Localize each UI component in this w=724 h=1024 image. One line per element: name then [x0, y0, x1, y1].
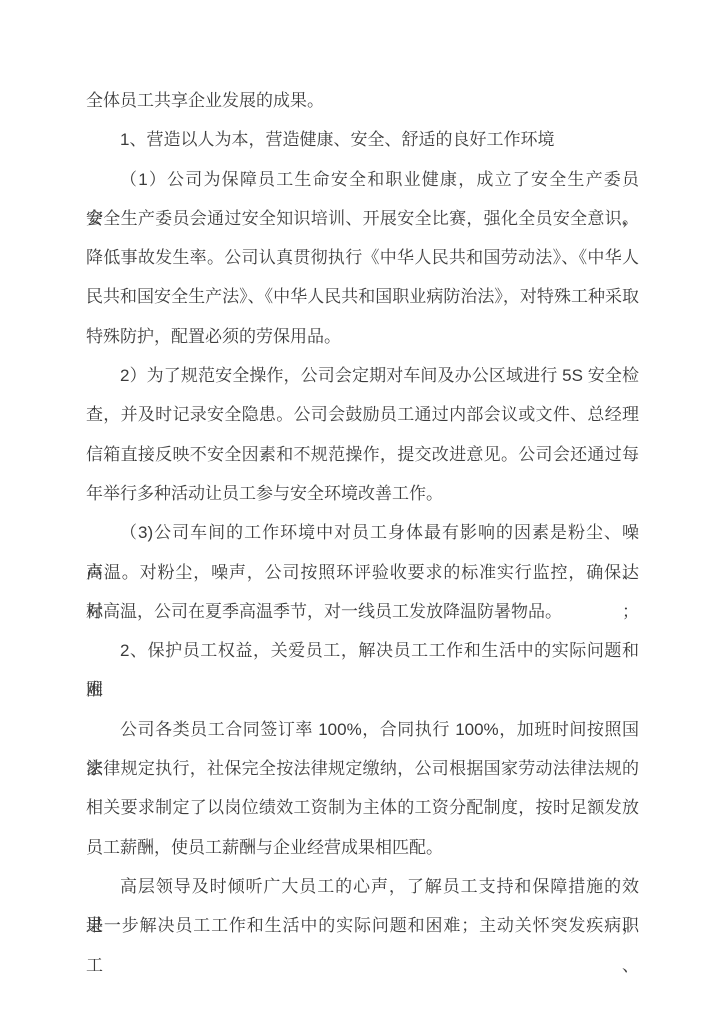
text-line: 员工薪酬，使员工薪酬与企业经营成果相匹配。: [86, 828, 639, 867]
text-line: （3)公司车间的工作环境中对员工身体最有影响的因素是粉尘、噪声、: [86, 513, 639, 552]
text-line: 难: [86, 670, 639, 709]
text-line: （1）公司为保障员工生命安全和职业健康，成立了安全生产委员会。: [86, 160, 639, 199]
text-line: 进一步解决员工工作和生活中的实际问题和困难；主动关怀突发疾病职工、: [86, 906, 639, 945]
text-line: 信箱直接反映不安全因素和不规范操作，提交改进意见。公司会还通过每: [86, 435, 639, 474]
text-line: 2、保护员工权益，关爱员工，解决员工工作和生活中的实际问题和困: [86, 631, 639, 670]
text-line: 特殊防护，配置必须的劳保用品。: [86, 317, 639, 356]
text-line: 相关要求制定了以岗位绩效工资制为主体的工资分配制度，按时足额发放: [86, 788, 639, 827]
document-page: 全体员工共享企业发展的成果。 1、营造以人为本，营造健康、安全、舒适的良好工作环…: [0, 0, 724, 1024]
text-line: 降低事故发生率。公司认真贯彻执行《中华人民共和国劳动法》、《中华人: [86, 238, 639, 277]
text-line: 民共和国安全生产法》、《中华人民共和国职业病防治法》，对特殊工种采取: [86, 277, 639, 316]
text-line: 高层领导及时倾听广大员工的心声，了解员工支持和保障措施的效果，: [86, 867, 639, 906]
text-line: 全体员工共享企业发展的成果。: [86, 81, 639, 120]
text-line: 查，并及时记录安全隐患。公司会鼓励员工通过内部会议或文件、总经理: [86, 395, 639, 434]
text-line: 2）为了规范安全操作，公司会定期对车间及办公区域进行 5S 安全检: [86, 356, 639, 395]
text-line: 高温。对粉尘，噪声，公司按照环评验收要求的标准实行监控，确保达标；: [86, 553, 639, 592]
text-line: 公司各类员工合同签订率 100%，合同执行 100%，加班时间按照国家: [86, 710, 639, 749]
text-line: 年举行多种活动让员工参与安全环境改善工作。: [86, 474, 639, 513]
text-line: 安全生产委员会通过安全知识培训、开展安全比赛，强化全员安全意识，: [86, 199, 639, 238]
text-line: 1、营造以人为本，营造健康、安全、舒适的良好工作环境: [86, 120, 639, 159]
document-body: 全体员工共享企业发展的成果。 1、营造以人为本，营造健康、安全、舒适的良好工作环…: [86, 81, 639, 946]
text-line: 法律规定执行，社保完全按法律规定缴纳，公司根据国家劳动法律法规的: [86, 749, 639, 788]
text-line: 对高温，公司在夏季高温季节，对一线员工发放降温防暑物品。: [86, 592, 639, 631]
